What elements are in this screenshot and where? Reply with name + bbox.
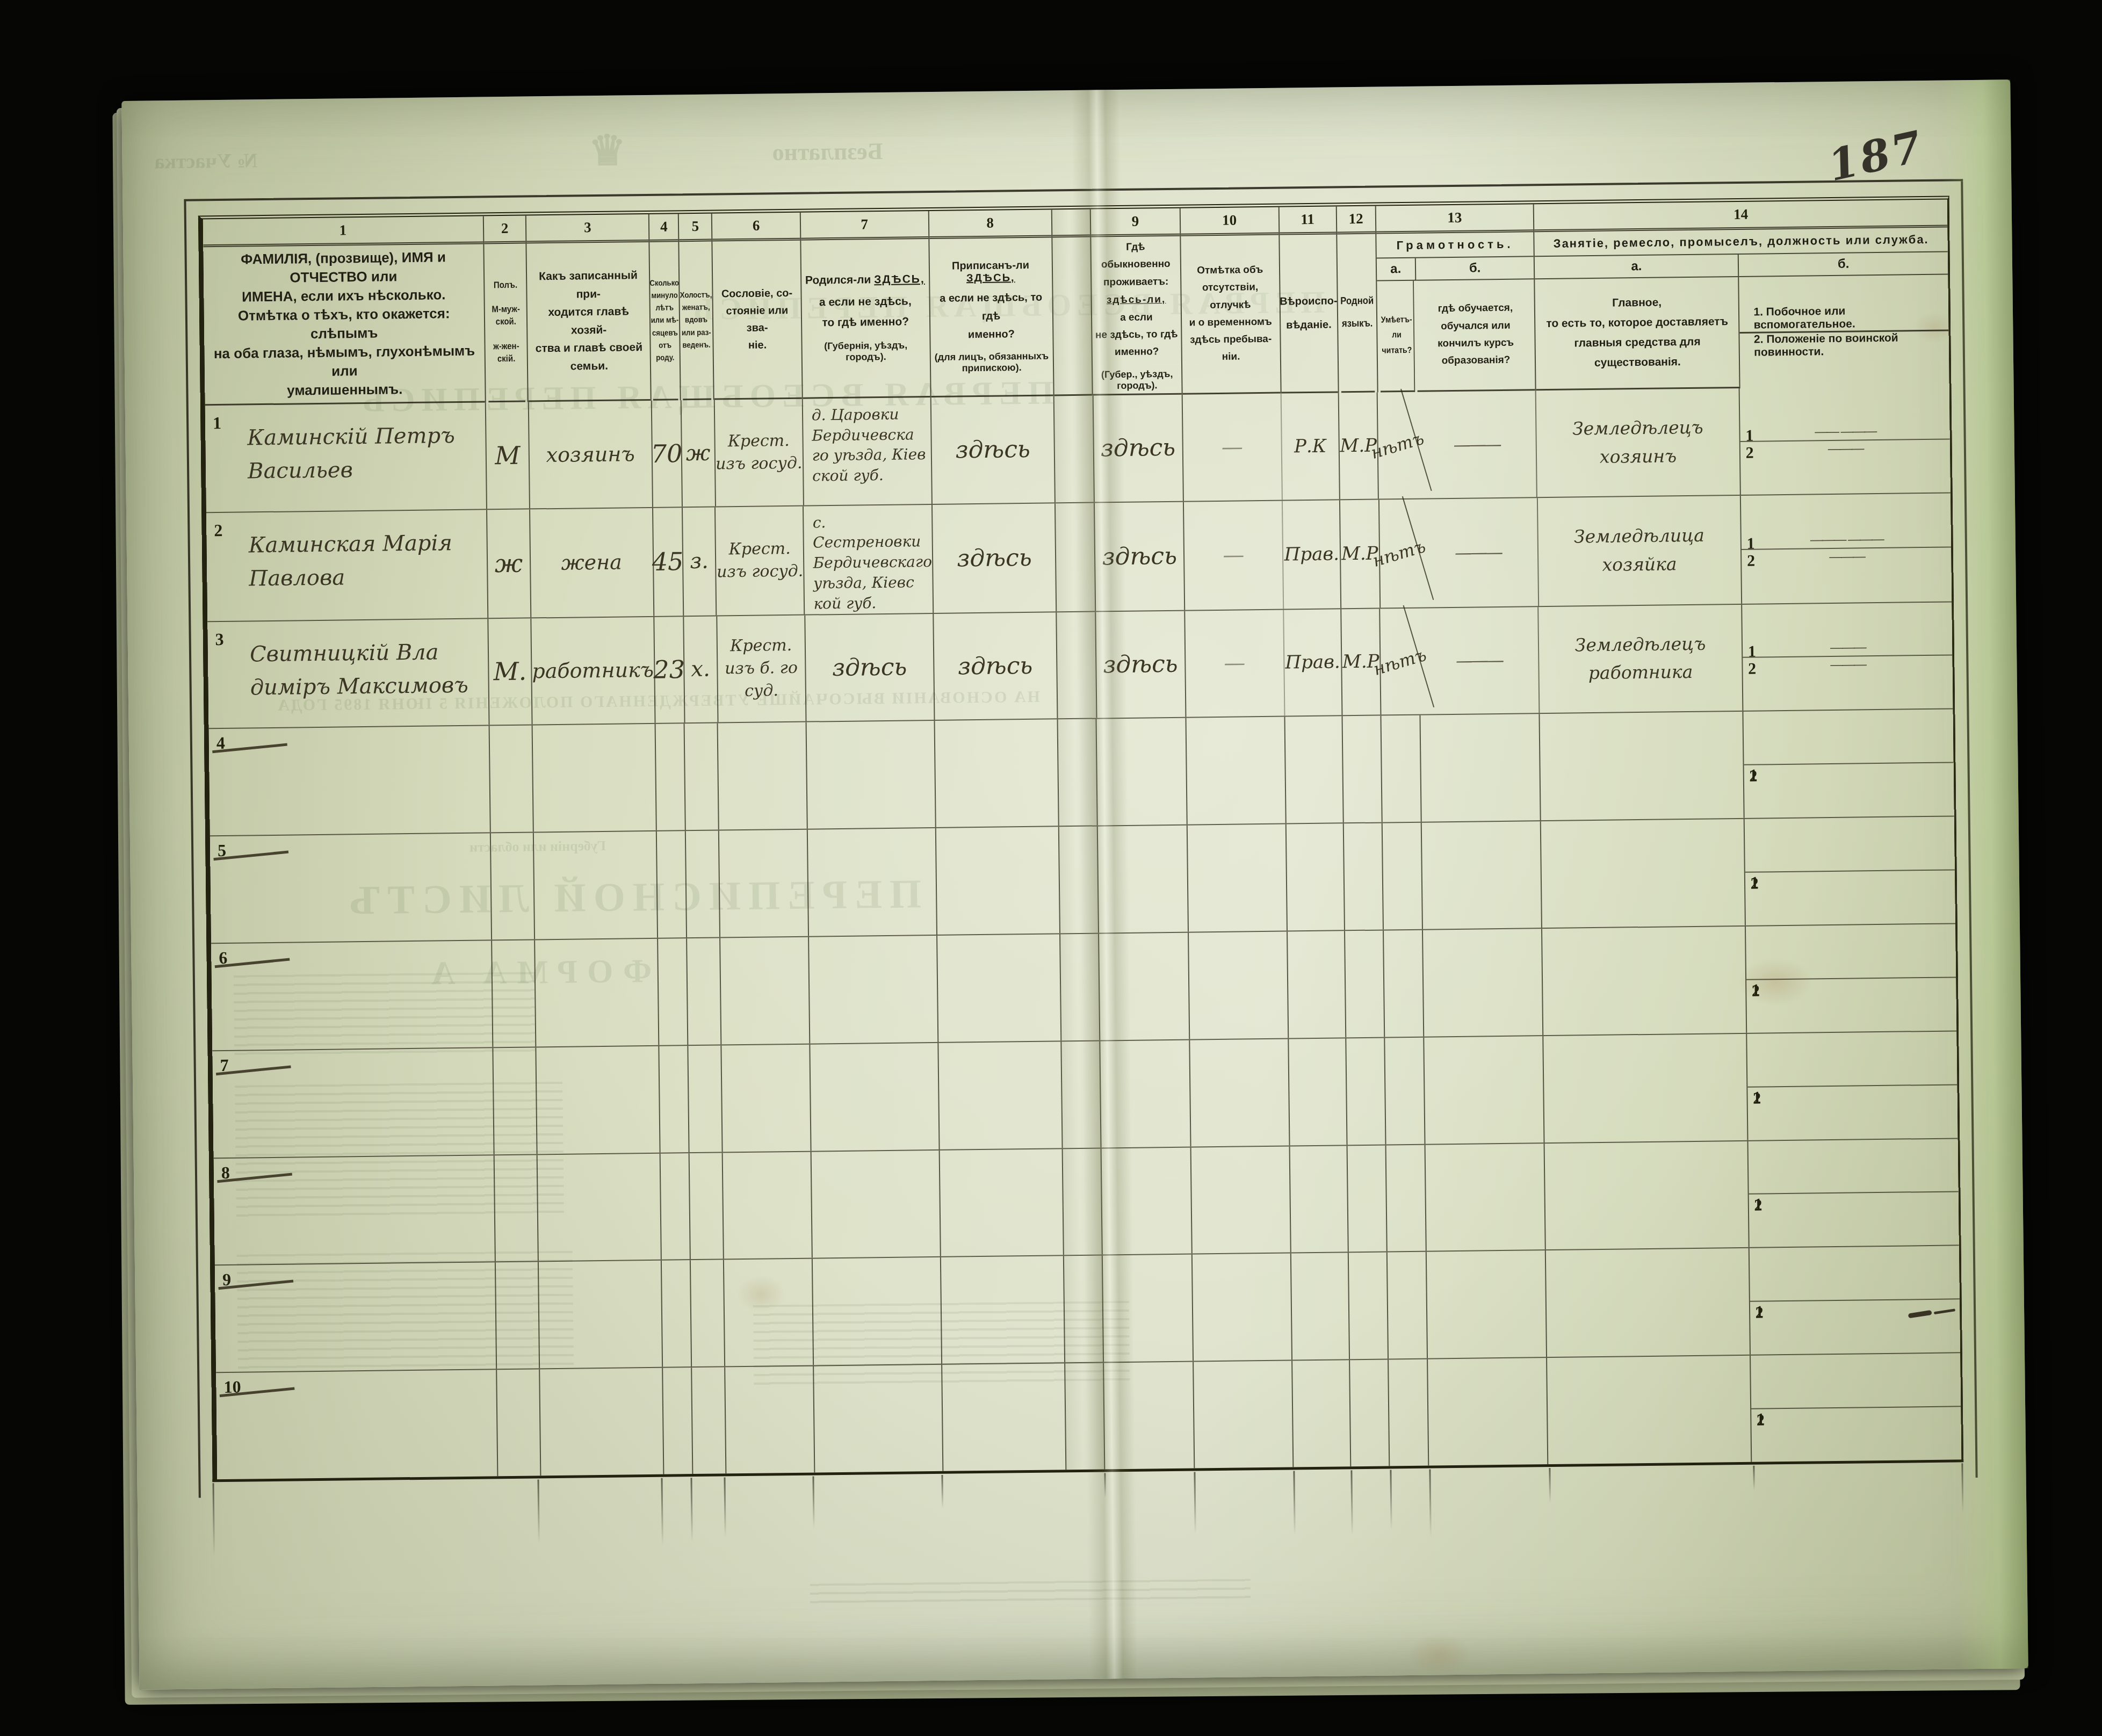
header-col-8: 8 Приписанъ-ли ЗДѢСЬ, а если не здѣсь, т… <box>929 209 1054 397</box>
literacy-sublabels: а. б. <box>1377 257 1534 281</box>
cell-name: 1Каминскій Петръ Васильев <box>205 402 487 512</box>
col-number: 8 <box>929 209 1051 239</box>
handwritten-dash: ——— <box>1829 548 1864 565</box>
cell-marital <box>685 724 719 830</box>
cell-name: 7 <box>212 1048 494 1158</box>
cell-educated <box>1427 1250 1547 1358</box>
cell-educated: ——— <box>1419 498 1539 607</box>
subrow-1: 1—— ——— <box>1740 422 1950 442</box>
cell-born <box>809 936 938 1043</box>
cell-registered <box>941 1256 1065 1364</box>
header-text: а если не здѣсь, то гдѣ именно? <box>932 288 1050 344</box>
cell-born: с. Сестреновки Бердичевскаго уѣзда, Кіев… <box>804 505 934 614</box>
cell-age <box>663 1368 694 1474</box>
row-number: 1 <box>213 410 222 437</box>
cell-reads <box>1383 823 1423 930</box>
subrow-label: 2 <box>1749 768 1757 786</box>
occupation-a-desc: Главное, то есть то, которое доставляетъ… <box>1535 277 1740 390</box>
cell-registered <box>942 1363 1066 1471</box>
header-col-7: 7 Родился-ли ЗДѢСЬ, а если не здѣсь, то … <box>800 211 931 399</box>
header-col-1: 1 ФАМИЛІЯ, (прозвище), ИМЯ и ОТЧЕСТВО ил… <box>203 216 486 406</box>
cell-reads <box>1388 1252 1428 1359</box>
col-number: 12 <box>1337 206 1375 235</box>
cell-age <box>660 1153 691 1260</box>
cell-occupation <box>1546 1248 1751 1357</box>
cell-occupation: Земледѣлица хозяйка <box>1538 495 1742 605</box>
cell-religion <box>1292 1360 1351 1467</box>
cell-sex <box>496 1262 540 1369</box>
handwritten-name: Каминскій Петръ Васильев <box>247 419 456 488</box>
subrow-1: 1 <box>1745 869 1954 872</box>
cell-reads <box>1382 715 1422 822</box>
cell-absence <box>1187 824 1287 932</box>
subrow-2: 2——— <box>1743 656 1953 674</box>
cell-language <box>1346 1038 1386 1145</box>
cell-estate: Крест. изъ госуд. <box>714 399 804 506</box>
cell-relation: жена <box>530 508 654 617</box>
cell-religion <box>1285 717 1343 823</box>
cell-absence <box>1190 1039 1290 1146</box>
cell-sex: М. <box>488 618 532 725</box>
subrow-1: 1 <box>1751 1406 1961 1409</box>
cell-occupation-secondary: 12 <box>1748 1139 1959 1247</box>
cell-occupation-secondary: 12 <box>1749 1246 1960 1355</box>
cell-estate <box>720 937 810 1045</box>
cell-educated: ——— <box>1419 607 1540 714</box>
sublabel-b: б. <box>1739 252 1948 277</box>
cell-born <box>812 1257 942 1365</box>
cell-age <box>656 831 687 937</box>
cell-occupation <box>1540 712 1745 820</box>
handwritten-name: Каминская Марія Павлова <box>248 526 452 595</box>
cell-sex <box>492 940 536 1047</box>
cell-absence: — <box>1183 393 1283 501</box>
col-number: 2 <box>483 216 525 244</box>
subrow-label: 2 <box>1747 552 1755 570</box>
handwritten-dash: ——— <box>1830 657 1865 674</box>
cell-absence <box>1194 1361 1294 1469</box>
cell-religion <box>1288 931 1346 1038</box>
header-text: Приписанъ-ли <box>952 259 1029 272</box>
cell-relation <box>540 1368 664 1475</box>
cell-occupation-secondary: 12 <box>1743 710 1954 818</box>
subrow-1: 1 <box>1746 977 1956 980</box>
col-number: 6 <box>712 213 800 242</box>
header-col-4: 4 Сколько минуло лѣтъ или мѣ- сяцевъ отъ… <box>649 214 681 400</box>
col-header-text: Родился-ли ЗДѢСЬ, а если не здѣсь, то гд… <box>801 239 930 399</box>
cell-marital <box>689 1045 723 1152</box>
cell-registered <box>938 1041 1063 1149</box>
cell-reads <box>1384 930 1424 1037</box>
cell-relation <box>532 724 656 831</box>
cell-religion: Р.К <box>1282 393 1340 500</box>
subrow-label: 2 <box>1754 1197 1762 1215</box>
cell-language <box>1345 930 1385 1037</box>
cell-age: 45 <box>653 508 684 616</box>
cell-educated <box>1428 1358 1548 1465</box>
cell-language <box>1347 1145 1388 1252</box>
cell-registered <box>940 1149 1064 1256</box>
col-header-text: Холостъ, женатъ, вдовъ или раз- веденъ. <box>681 242 711 400</box>
cell-marital: з. <box>683 507 717 616</box>
cell-name: 4 <box>209 726 491 836</box>
literacy-a-desc: Умѣетъ- ли читать? <box>1379 281 1415 392</box>
cell-occupation <box>1541 819 1746 928</box>
cell-born <box>811 1150 941 1257</box>
cell-marital <box>691 1260 725 1366</box>
handwritten-dash: ——— <box>1827 440 1863 457</box>
ghost-plot-line: № Участка <box>154 149 257 173</box>
cell-occupation: Земледѣлецъ хозяинъ <box>1536 388 1741 497</box>
col-number: 4 <box>649 214 678 242</box>
cell-relation <box>538 1261 662 1368</box>
cell-occupation-secondary: 12 <box>1746 924 1957 1032</box>
col-header-text: Какъ записанный при- ходится главѣ хозяй… <box>527 242 651 402</box>
cell-marital <box>688 938 722 1044</box>
sublabel-a: а. <box>1377 258 1416 281</box>
cell-educated <box>1426 1144 1546 1251</box>
cell-age: 23 <box>654 617 685 723</box>
col-number: 3 <box>526 214 649 244</box>
cell-religion: Прав. <box>1283 500 1341 609</box>
subrow-1: 1——— <box>1743 639 1953 658</box>
cell-name: 9 <box>215 1263 497 1372</box>
cell-reads <box>1389 1359 1429 1466</box>
cell-name: 10 <box>216 1370 498 1479</box>
cell-sex <box>489 726 533 833</box>
cell-estate <box>722 1044 812 1152</box>
cell-religion <box>1287 823 1345 930</box>
cell-marital <box>692 1368 727 1474</box>
cell-religion <box>1289 1038 1347 1145</box>
row-number: 3 <box>215 626 224 653</box>
subrow-label: 2 <box>1753 1089 1761 1108</box>
cell-estate <box>718 722 808 830</box>
subrow-1: 1 <box>1749 1191 1958 1195</box>
cell-relation: хозяинъ <box>529 401 653 508</box>
census-sheet-page: № Участка Безплатно ♛ ПЕРВАЯ ВСЕОБЩАЯ ПЕ… <box>121 79 2028 1690</box>
cell-language <box>1350 1360 1390 1467</box>
subrow-label: 2 <box>1748 660 1756 678</box>
cell-sex <box>497 1370 541 1477</box>
cell-sex <box>495 1155 539 1262</box>
paper-stain <box>1407 1633 1472 1676</box>
cell-marital: ж <box>682 400 716 506</box>
header-col-2: 2 Полъ. М-муж- ской. ж-жен- скій. <box>483 216 529 403</box>
cell-registered: здѣсь <box>931 396 1056 503</box>
cell-marital: х. <box>684 616 718 722</box>
cell-absence <box>1189 931 1289 1039</box>
cell-occupation: Земледѣлецъ работника <box>1538 604 1743 713</box>
sublabel-b: б. <box>1416 257 1534 280</box>
col-number: 11 <box>1279 206 1336 235</box>
cell-occupation-secondary: 12 <box>1744 817 1955 925</box>
col-header-text: Вѣроиспо- вѣданіе. <box>1280 234 1338 393</box>
subrow-2: 2——— <box>1742 548 1951 566</box>
cell-sex: ж <box>487 509 531 618</box>
cell-educated <box>1423 929 1543 1036</box>
literacy-title: Грамотность. <box>1376 232 1534 258</box>
ghost-free-line: Безплатно <box>772 138 883 166</box>
cell-age <box>659 1046 690 1152</box>
col-header-text: Приписанъ-ли ЗДѢСЬ, а если не здѣсь, то … <box>929 237 1053 397</box>
cell-age <box>658 938 689 1045</box>
header-col-3: 3 Какъ записанный при- ходится главѣ хоз… <box>526 214 652 402</box>
cell-absence <box>1191 1146 1291 1254</box>
cell-estate <box>723 1152 813 1259</box>
col-header-text: ФАМИЛІЯ, (прозвище), ИМЯ и ОТЧЕСТВО или … <box>203 244 485 406</box>
cell-name: 2Каминская Марія Павлова <box>206 510 488 621</box>
header-underlined: ЗДѢСЬ, <box>966 272 1015 284</box>
col-header-text: Сословіе, со- стояніе или зва- ніе. <box>713 241 802 400</box>
cell-registered <box>936 827 1060 934</box>
cell-sex <box>491 833 535 940</box>
cell-language <box>1343 823 1384 930</box>
cell-absence: — <box>1184 501 1284 610</box>
cell-educated <box>1422 821 1542 929</box>
col-number: 14 <box>1534 199 1947 232</box>
occupation-b1-desc: 1. Побочное или вспомогательное. <box>1739 303 1948 333</box>
cell-born <box>814 1365 943 1472</box>
cell-estate: Крест. изъ госуд. <box>716 506 805 615</box>
cell-occupation-secondary: 1——— ———2——— <box>1741 493 1952 603</box>
cell-occupation-secondary: 12 <box>1751 1354 1962 1462</box>
col-header-text: Отмѣтка объ отсутствіи, отлучкѣ и о врем… <box>1181 235 1281 395</box>
cell-relation: работникъ <box>531 617 655 724</box>
header-col-13: 13 Грамотность. а. б. Умѣетъ- ли читать?… <box>1376 204 1536 392</box>
cell-born: здѣсь <box>805 614 935 721</box>
header-col-12: 12 Родной языкъ. <box>1337 206 1378 393</box>
cell-born <box>807 828 937 936</box>
subrow-1: 1 <box>1744 762 1953 765</box>
cell-age: 70 <box>652 400 683 507</box>
cell-name: 3Свитницкій Вла диміръ Максимовъ <box>207 619 489 728</box>
cell-reads <box>1386 1145 1427 1252</box>
subrow-1: 1——— ——— <box>1742 531 1952 550</box>
ghost-footer-line <box>810 1579 1251 1603</box>
cell-name: 6 <box>211 941 493 1050</box>
cell-reads <box>1385 1037 1426 1144</box>
cell-marital <box>686 831 720 937</box>
header-text: а если не здѣсь, то гдѣ именно? <box>804 291 927 333</box>
cell-sex: М <box>486 402 530 509</box>
col-number: 10 <box>1180 207 1278 236</box>
header-col-10: 10 Отмѣтка объ отсутствіи, отлучкѣ и о в… <box>1180 207 1281 395</box>
cell-age <box>662 1260 692 1366</box>
cell-relation <box>536 1046 660 1154</box>
cell-religion <box>1290 1146 1349 1253</box>
cell-occupation <box>1543 1034 1748 1142</box>
literacy-descs: Умѣетъ- ли читать? гдѣ обучается, обучал… <box>1377 279 1535 392</box>
header-col-6: 6 Сословіе, со- стояніе или зва- ніе. <box>712 213 803 400</box>
col-number: 7 <box>800 211 928 241</box>
cell-educated: ——— <box>1417 390 1537 498</box>
cell-relation <box>533 831 658 939</box>
subrow-label: 2 <box>1745 444 1753 462</box>
cell-registered <box>935 720 1059 827</box>
col-number: 13 <box>1376 204 1533 234</box>
sublabel-a: а. <box>1535 255 1739 279</box>
header-underlined: ЗДѢСЬ, <box>874 273 925 286</box>
col-header-text: Сколько минуло лѣтъ или мѣ- сяцевъ отъ р… <box>652 242 678 400</box>
handwritten-dash: ——— ——— <box>1809 531 1883 548</box>
cell-estate: Крест. изъ б. го суд. <box>717 615 807 722</box>
cell-religion: Прав. <box>1284 609 1342 716</box>
cell-registered: здѣсь <box>934 612 1058 720</box>
cell-occupation <box>1547 1356 1752 1464</box>
cell-occupation-secondary: 12 <box>1747 1031 1958 1140</box>
cell-born: д. Царовки Бердичевска го уѣзда, Кіев ск… <box>803 397 933 505</box>
occupation-descs: Главное, то есть то, которое доставляетъ… <box>1535 274 1949 390</box>
cell-educated <box>1424 1036 1544 1144</box>
cell-estate <box>719 830 809 937</box>
cell-registered <box>937 934 1061 1041</box>
occupation-b-desc: 1. Побочное или вспомогательное. 2. Поло… <box>1739 274 1949 388</box>
cell-language <box>1348 1253 1389 1359</box>
subrow-1: 1 <box>1747 1084 1957 1087</box>
subrow-label: 2 <box>1756 1304 1764 1322</box>
subrow-1: 1 <box>1750 1299 1959 1302</box>
cell-marital <box>690 1153 724 1259</box>
header-col-5: 5 Холостъ, женатъ, вдовъ или раз- веденъ… <box>679 214 714 400</box>
handwritten-name: Свитницкій Вла диміръ Максимовъ <box>250 635 468 704</box>
handwritten-dash: ——— <box>1830 640 1865 656</box>
col-header-text: Родной языкъ. <box>1339 234 1375 393</box>
header-note: (для лицъ, обязанныхъ припискою). <box>933 350 1050 374</box>
cell-age <box>655 724 686 830</box>
cell-born <box>806 721 936 828</box>
subrow-label: 2 <box>1757 1412 1765 1430</box>
col-number: 5 <box>679 214 712 242</box>
header-text: Родился-ли <box>805 273 871 286</box>
handwritten-dash: —— ——— <box>1814 423 1876 440</box>
header-note: (Губернія, уѣздъ, городъ). <box>804 339 927 364</box>
header-col-11: 11 Вѣроиспо- вѣданіе. <box>1279 206 1339 393</box>
cell-religion <box>1291 1253 1350 1360</box>
subrow-label: 2 <box>1750 875 1758 893</box>
occupation-b2-desc: 2. Положеніе по воинской повинности. <box>1740 331 1949 359</box>
crown-icon: ♛ <box>588 126 626 175</box>
cell-relation <box>535 939 659 1046</box>
cell-name: 8 <box>214 1155 496 1265</box>
cell-sex <box>493 1047 537 1154</box>
cell-absence <box>1186 717 1286 824</box>
cell-born <box>810 1043 940 1151</box>
cell-language <box>1342 716 1383 823</box>
cell-name: 5 <box>210 833 492 943</box>
cell-occupation-secondary: 1—— ———2——— <box>1739 386 1951 494</box>
row-number: 2 <box>214 517 223 544</box>
cell-occupation <box>1545 1141 1750 1249</box>
literacy-b-desc: гдѣ обучается, обучался или кончилъ курс… <box>1416 279 1535 392</box>
header-col-14: 14 Занятіе, ремесло, промыселъ, должност… <box>1534 199 1949 390</box>
cell-absence <box>1193 1254 1292 1361</box>
cell-estate <box>724 1259 814 1366</box>
cell-educated <box>1420 714 1541 822</box>
cell-absence: — <box>1185 610 1285 717</box>
subrow-label: 2 <box>1752 982 1760 1000</box>
cell-estate <box>725 1366 815 1474</box>
col-header-text: Полъ. М-муж- ской. ж-жен- скій. <box>487 244 525 403</box>
subrow-2: 2——— <box>1740 439 1950 458</box>
cell-relation <box>537 1153 661 1261</box>
cell-registered: здѣсь <box>933 503 1057 613</box>
col-number: 1 <box>203 216 483 247</box>
cell-occupation <box>1542 927 1747 1035</box>
cell-occupation-secondary: 1———2——— <box>1742 602 1953 711</box>
